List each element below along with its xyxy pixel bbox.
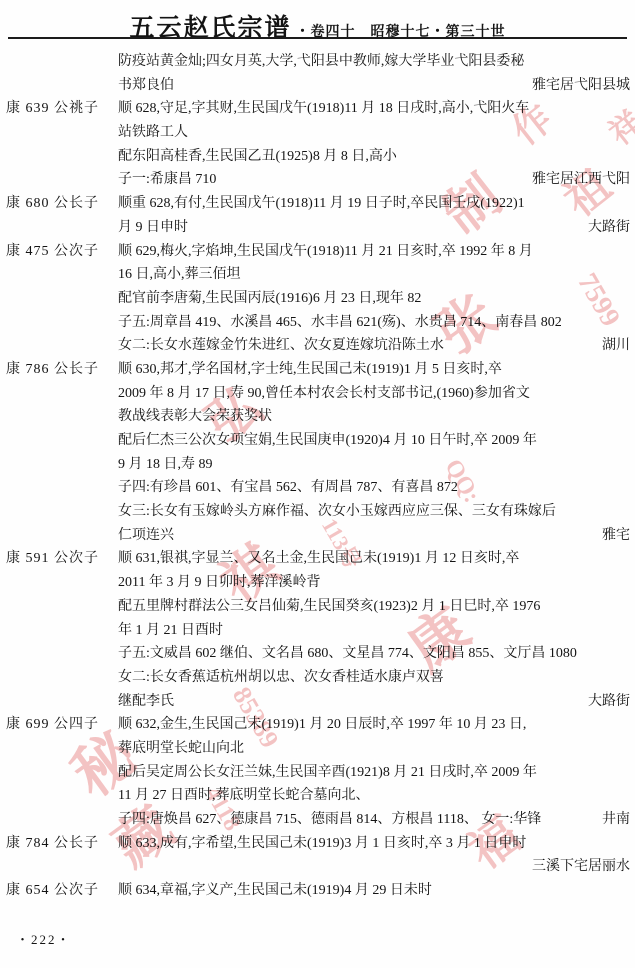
record-line: 继配李氏大路街 [0,690,635,714]
record-text: 顺 628,守足,字其财,生民国戊午(1918)11 月 18 日戌时,高小,弋… [118,97,529,121]
record-line: 配东阳高桂香,生民国乙丑(1925)8 月 8 日,高小 [0,145,635,169]
record-text: 仁项连兴 [118,524,174,548]
record-line: 月 9 日申时大路街 [0,216,635,240]
record-content: 顺 629,梅火,字焰坤,生民国戊午(1918)11 月 21 日亥时,卒 19… [118,240,635,264]
record-text: 11 月 27 日酉时,葬底明堂长蛇合墓向北、 [118,784,369,808]
record-content: 16 日,高小,葬三佰坦 [118,263,635,287]
residence-label: 雅宅 [594,524,630,548]
record-content: 顺 630,邦才,学名国材,字士纯,生民国己未(1919)1 月 5 日亥时,卒 [118,358,635,382]
record-content: 11 月 27 日酉时,葬底明堂长蛇合墓向北、 [118,784,635,808]
record-line: 子五:文威昌 602 继伯、文名昌 680、文星昌 774、文阳昌 855、文厅… [0,642,635,666]
record-content: 顺 631,银祺,字显兰、又名土金,生民国己未(1919)1 月 12 日亥时,… [118,547,635,571]
record-content: 女二:长女水莲嫁金竹朱进红、次女夏连嫁坑沿陈土水湖川 [118,334,635,358]
record-line: 三溪下宅居丽水 [0,855,635,879]
record-line: 女二:长女香蕉适杭州胡以忠、次女香桂适水康卢双喜 [0,666,635,690]
record-line: 配后吴定周公长女汪兰妹,生民国辛酉(1921)8 月 21 日戌时,卒 2009… [0,761,635,785]
record-content: 三溪下宅居丽水 [118,855,635,879]
record-line: 女二:长女水莲嫁金竹朱进红、次女夏连嫁坑沿陈土水湖川 [0,334,635,358]
record-text: 配后吴定周公长女汪兰妹,生民国辛酉(1921)8 月 21 日戌时,卒 2009… [118,761,537,785]
record-text: 配后仁杰三公次女项宝娟,生民国庚申(1920)4 月 10 日午时,卒 2009… [118,429,537,453]
record-text: 顺 633,成有,字希望,生民国己未(1919)3 月 1 日亥时,卒 3 月 … [118,832,526,856]
record-content: 书郑良伯雅宅居弋阳县城 [118,74,635,98]
record-line: 康 680 公长子顺重 628,有付,生民国戊午(1918)11 月 19 日子… [0,192,635,216]
record-content: 2011 年 3 月 9 日卯时,葬洋溪岭背 [118,571,635,595]
record-text: 女二:长女香蕉适杭州胡以忠、次女香桂适水康卢双喜 [118,666,444,690]
record-text: 教战线表彰大会荣获奖状 [118,405,272,429]
margin-generation-label: 康 786 公长子 [0,358,118,382]
record-content: 顺 632,金生,生民国己未(1919)1 月 20 日辰时,卒 1997 年 … [118,713,635,737]
residence-label: 雅宅居弋阳县城 [524,74,630,98]
residence-label: 雅宅居江西弋阳 [524,168,630,192]
margin-generation-label: 康 680 公长子 [0,192,118,216]
record-line: 康 591 公次子顺 631,银祺,字显兰、又名土金,生民国己未(1919)1 … [0,547,635,571]
record-text: 子四:唐焕昌 627、德康昌 715、德雨昌 814、方根昌 1118、 女一:… [118,808,541,832]
page-number: ・222・ [16,929,72,948]
margin-generation-label: 康 591 公次子 [0,547,118,571]
record-content: 配五里牌村群法公三女吕仙菊,生民国癸亥(1923)2 月 1 日巳时,卒 197… [118,595,635,619]
record-content: 顺 634,章福,字义产,生民国己未(1919)4 月 29 日未时 [118,879,635,903]
record-text: 配官前李唐菊,生民国丙辰(1916)6 月 23 日,现年 82 [118,287,421,311]
record-content: 配官前李唐菊,生民国丙辰(1916)6 月 23 日,现年 82 [118,287,635,311]
margin-generation-label: 康 639 公祧子 [0,97,118,121]
record-text: 顺 634,章福,字义产,生民国己未(1919)4 月 29 日未时 [118,879,432,903]
record-line: 康 786 公长子顺 630,邦才,学名国材,字士纯,生民国己未(1919)1 … [0,358,635,382]
margin-generation-label: 康 475 公次子 [0,240,118,264]
record-line: 葬底明堂长蛇山向北 [0,737,635,761]
record-content: 女二:长女香蕉适杭州胡以忠、次女香桂适水康卢双喜 [118,666,635,690]
record-content: 年 1 月 21 日酉时 [118,619,635,643]
record-line: 康 699 公四子顺 632,金生,生民国己未(1919)1 月 20 日辰时,… [0,713,635,737]
record-content: 顺 628,守足,字其财,生民国戊午(1918)11 月 18 日戌时,高小,弋… [118,97,635,121]
record-content: 配后吴定周公长女汪兰妹,生民国辛酉(1921)8 月 21 日戌时,卒 2009… [118,761,635,785]
record-line: 康 475 公次子顺 629,梅火,字焰坤,生民国戊午(1918)11 月 21… [0,240,635,264]
record-text: 9 月 18 日,寿 89 [118,453,213,477]
record-line: 康 639 公祧子顺 628,守足,字其财,生民国戊午(1918)11 月 18… [0,97,635,121]
record-content: 2009 年 8 月 17 日,寿 90,曾任本村农会长村支部书记,(1960)… [118,382,635,406]
record-content: 子五:文威昌 602 继伯、文名昌 680、文星昌 774、文阳昌 855、文厅… [118,642,635,666]
margin-generation-label: 康 699 公四子 [0,713,118,737]
record-text: 女三:长女有玉嫁岭头方麻作福、次女小玉嫁西应应三保、三女有珠嫁后 [118,500,556,524]
residence-label: 三溪下宅居丽水 [524,855,630,879]
record-line: 站铁路工人 [0,121,635,145]
residence-label: 大路街 [580,216,630,240]
record-line: 教战线表彰大会荣获奖状 [0,405,635,429]
record-text: 子一:希康昌 710 [118,168,216,192]
record-text: 顺 632,金生,生民国己未(1919)1 月 20 日辰时,卒 1997 年 … [118,713,526,737]
record-text: 子四:有珍昌 601、有宝昌 562、有周昌 787、有喜昌 872 [118,476,458,500]
record-text: 2009 年 8 月 17 日,寿 90,曾任本村农会长村支部书记,(1960)… [118,382,530,406]
record-line: 11 月 27 日酉时,葬底明堂长蛇合墓向北、 [0,784,635,808]
record-text: 顺重 628,有付,生民国戊午(1918)11 月 19 日子时,卒民国壬戌(1… [118,192,525,216]
record-content: 仁项连兴雅宅 [118,524,635,548]
record-text: 子五:文威昌 602 继伯、文名昌 680、文星昌 774、文阳昌 855、文厅… [118,642,577,666]
record-text: 顺 629,梅火,字焰坤,生民国戊午(1918)11 月 21 日亥时,卒 19… [118,240,533,264]
record-text: 月 9 日申时 [118,216,188,240]
genealogy-scan-page: 作制祖祥7599张弘QQ:113号祺康85389秘藏4118褔 五云赵氏宗谱・卷… [0,0,635,968]
residence-label: 大路街 [580,690,630,714]
genealogy-records: 防疫站黄金灿;四女月英,大学,弋阳县中教师,嫁大学毕业弋阳县委秘书郑良伯雅宅居弋… [0,50,635,903]
record-text: 配五里牌村群法公三女吕仙菊,生民国癸亥(1923)2 月 1 日巳时,卒 197… [118,595,540,619]
residence-label: 湖川 [594,334,630,358]
record-line: 子五:周章昌 419、水溪昌 465、水丰昌 621(殇)、水贵昌 714、南春… [0,311,635,335]
record-line: 子四:唐焕昌 627、德康昌 715、德雨昌 814、方根昌 1118、 女一:… [0,808,635,832]
record-line: 配后仁杰三公次女项宝娟,生民国庚申(1920)4 月 10 日午时,卒 2009… [0,429,635,453]
record-content: 教战线表彰大会荣获奖状 [118,405,635,429]
record-content: 子五:周章昌 419、水溪昌 465、水丰昌 621(殇)、水贵昌 714、南春… [118,311,635,335]
record-line: 防疫站黄金灿;四女月英,大学,弋阳县中教师,嫁大学毕业弋阳县委秘 [0,50,635,74]
record-content: 顺重 628,有付,生民国戊午(1918)11 月 19 日子时,卒民国壬戌(1… [118,192,635,216]
record-text: 继配李氏 [118,690,174,714]
record-content: 顺 633,成有,字希望,生民国己未(1919)3 月 1 日亥时,卒 3 月 … [118,832,635,856]
record-content: 子四:唐焕昌 627、德康昌 715、德雨昌 814、方根昌 1118、 女一:… [118,808,635,832]
record-text: 葬底明堂长蛇山向北 [118,737,244,761]
record-line: 16 日,高小,葬三佰坦 [0,263,635,287]
record-content: 月 9 日申时大路街 [118,216,635,240]
record-content: 站铁路工人 [118,121,635,145]
record-text: 女二:长女水莲嫁金竹朱进红、次女夏连嫁坑沿陈土水 [118,334,444,358]
record-text: 防疫站黄金灿;四女月英,大学,弋阳县中教师,嫁大学毕业弋阳县委秘 [118,50,524,74]
record-line: 配五里牌村群法公三女吕仙菊,生民国癸亥(1923)2 月 1 日巳时,卒 197… [0,595,635,619]
record-content: 配东阳高桂香,生民国乙丑(1925)8 月 8 日,高小 [118,145,635,169]
record-text: 16 日,高小,葬三佰坦 [118,263,241,287]
record-content: 子一:希康昌 710雅宅居江西弋阳 [118,168,635,192]
record-text: 配东阳高桂香,生民国乙丑(1925)8 月 8 日,高小 [118,145,397,169]
record-line: 配官前李唐菊,生民国丙辰(1916)6 月 23 日,现年 82 [0,287,635,311]
record-text: 站铁路工人 [118,121,188,145]
record-text: 年 1 月 21 日酉时 [118,619,223,643]
record-text: 子五:周章昌 419、水溪昌 465、水丰昌 621(殇)、水贵昌 714、南春… [118,311,562,335]
record-content: 子四:有珍昌 601、有宝昌 562、有周昌 787、有喜昌 872 [118,476,635,500]
margin-generation-label: 康 784 公长子 [0,832,118,856]
record-line: 2009 年 8 月 17 日,寿 90,曾任本村农会长村支部书记,(1960)… [0,382,635,406]
record-text: 书郑良伯 [118,74,174,98]
record-line: 康 654 公次子顺 634,章福,字义产,生民国己未(1919)4 月 29 … [0,879,635,903]
record-line: 子一:希康昌 710雅宅居江西弋阳 [0,168,635,192]
record-line: 仁项连兴雅宅 [0,524,635,548]
record-content: 9 月 18 日,寿 89 [118,453,635,477]
margin-generation-label: 康 654 公次子 [0,879,118,903]
record-line: 年 1 月 21 日酉时 [0,619,635,643]
record-content: 配后仁杰三公次女项宝娟,生民国庚申(1920)4 月 10 日午时,卒 2009… [118,429,635,453]
record-text: 2011 年 3 月 9 日卯时,葬洋溪岭背 [118,571,320,595]
residence-label: 井南 [594,808,630,832]
record-content: 继配李氏大路街 [118,690,635,714]
record-text: 顺 631,银祺,字显兰、又名土金,生民国己未(1919)1 月 12 日亥时,… [118,547,519,571]
record-content: 葬底明堂长蛇山向北 [118,737,635,761]
record-line: 子四:有珍昌 601、有宝昌 562、有周昌 787、有喜昌 872 [0,476,635,500]
record-content: 防疫站黄金灿;四女月英,大学,弋阳县中教师,嫁大学毕业弋阳县委秘 [118,50,635,74]
record-text: 顺 630,邦才,学名国材,字士纯,生民国己未(1919)1 月 5 日亥时,卒 [118,358,502,382]
record-content: 女三:长女有玉嫁岭头方麻作福、次女小玉嫁西应应三保、三女有珠嫁后 [118,500,635,524]
header-divider [8,37,627,39]
record-line: 女三:长女有玉嫁岭头方麻作福、次女小玉嫁西应应三保、三女有珠嫁后 [0,500,635,524]
record-line: 康 784 公长子顺 633,成有,字希望,生民国己未(1919)3 月 1 日… [0,832,635,856]
record-line: 书郑良伯雅宅居弋阳县城 [0,74,635,98]
record-line: 2011 年 3 月 9 日卯时,葬洋溪岭背 [0,571,635,595]
record-line: 9 月 18 日,寿 89 [0,453,635,477]
